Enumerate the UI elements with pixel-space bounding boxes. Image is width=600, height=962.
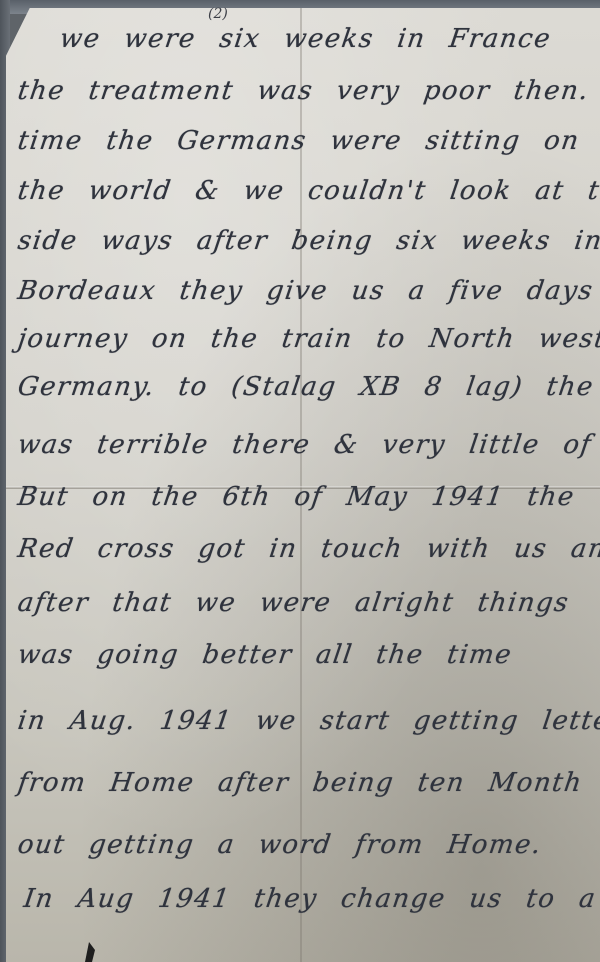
letter-line-4: the world & we couldn't look at them [16, 176, 590, 206]
letter-line-10: But on the 6th of May 1941 the [16, 482, 590, 512]
page-number: (2) [208, 6, 228, 22]
letter-line-7: journey on the train to North west [16, 324, 590, 354]
letter-line-2: the treatment was very poor then. at tha… [16, 76, 590, 106]
letter-line-5: side ways after being six weeks in [16, 226, 590, 256]
letter-line-1: we were six weeks in France [58, 24, 600, 54]
letter-line-15: from Home after being ten Month with [16, 768, 590, 798]
letter-line-6: Bordeaux they give us a five days [16, 276, 590, 306]
letter-line-9: was terrible there & very little of it [16, 430, 590, 460]
letter-line-16: out getting a word from Home. [16, 830, 590, 860]
letter-line-3: time the Germans were sitting on top of [16, 126, 590, 156]
letter-line-12: after that we were alright things [16, 588, 590, 618]
letter-line-11: Red cross got in touch with us and [16, 534, 590, 564]
letter-line-13: was going better all the time [16, 640, 590, 670]
letter-line-14: in Aug. 1941 we start getting letters [16, 706, 590, 736]
letter-line-8: Germany. to (Stalag XB 8 lag) the food [16, 372, 590, 402]
letter-line-17: In Aug 1941 they change us to a [22, 884, 596, 914]
